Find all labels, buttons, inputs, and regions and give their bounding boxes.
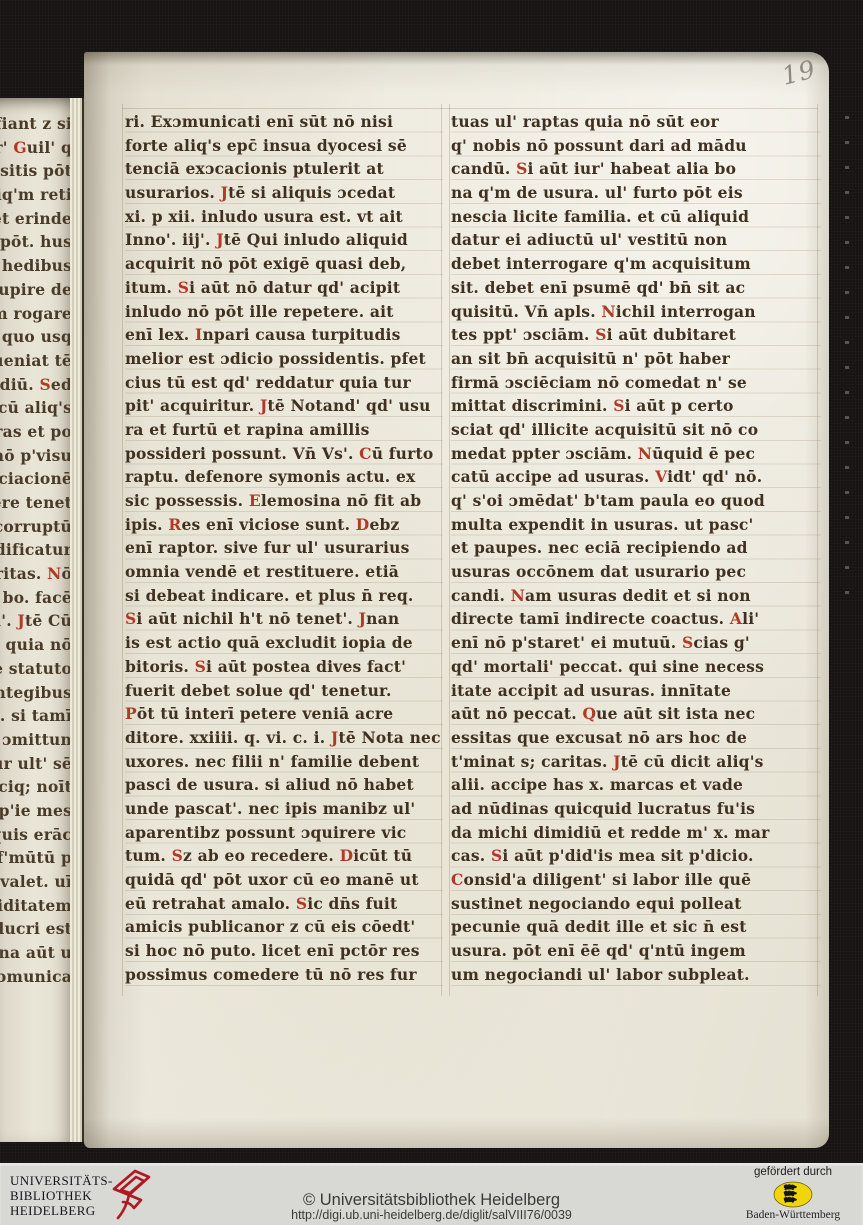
manuscript-line: Si aūt nichil h't nō tenet'. Jnan: [125, 607, 443, 631]
manuscript-line: omnia vendē et restituere. etiā: [125, 560, 443, 584]
manuscript-line: at. et erinde: [0, 207, 72, 231]
manuscript-line: or hedibus.: [0, 254, 72, 278]
manuscript-line: c nō p'visu: [0, 444, 72, 468]
manuscript-line: usuras occōnem dat usurario pec: [451, 560, 821, 584]
manuscript-line: ē aliq'm reti: [0, 183, 72, 207]
manuscript-line: qd' mortali' peccat. qui sine necess: [451, 655, 821, 679]
manuscript-line: ri. Exɔmunicati enī sūt nō nisi: [125, 110, 443, 134]
manuscript-line: uxores. nec filii n' familie debent: [125, 750, 443, 774]
folio-number-pencil: 19: [779, 54, 819, 90]
manuscript-line: quidā qd' pōt uxor cū eo manē ut: [125, 868, 443, 892]
manuscript-line: ū corruptū: [0, 515, 72, 539]
manuscript-line: tum. Sz ab eo recedere. Dicūt tū: [125, 844, 443, 868]
manuscript-line: s fiant z si: [0, 112, 72, 136]
manuscript-line: cas. Si aūt p'did'is mea sit p'dicio.: [451, 844, 821, 868]
manuscript-line: melior est ɔdicio possidentis. pfet: [125, 347, 443, 371]
manuscript-line: bitoris. Si aūt postea dives fact': [125, 655, 443, 679]
manuscript-line: ra et furtū et rapina amillis: [125, 418, 443, 442]
manuscript-line: pecunie quā dedit ille et sic n̄ est: [451, 915, 821, 939]
manuscript-line: quociq; noīt: [0, 775, 72, 799]
manuscript-line: Consid'a diligent' si labor ille quē: [451, 868, 821, 892]
manuscript-line: sidiū. Sed: [0, 373, 72, 397]
manuscript-line: et paupes. nec eciā recipiendo ad: [451, 536, 821, 560]
manuscript-line: Jtē ɔmittun: [0, 728, 72, 752]
manuscript-line: p edificatur: [0, 538, 72, 562]
manuscript-line: usurarios. Jtē si aliquis ɔcedat: [125, 181, 443, 205]
manuscript-line: inludo nō pōt ille repetere. ait: [125, 300, 443, 324]
source-url: http://digi.ub.uni-heidelberg.de/diglit/…: [0, 1209, 863, 1222]
manuscript-line: aparentibz possunt ɔquirere vic: [125, 821, 443, 845]
manuscript-line: tuas ul' raptas quia nō sūt eor: [451, 110, 821, 134]
manuscript-line: sit. debet enī psumē qd' bn̄ sit ac: [451, 276, 821, 300]
manuscript-line: s. quia nō: [0, 633, 72, 657]
manuscript-line: fuerit debet solue qd' tenetur.: [125, 679, 443, 703]
manuscript-line: sustinet negociando equi polleat: [451, 892, 821, 916]
manuscript-line: Jtē tp'ie mes: [0, 799, 72, 823]
manuscript-line: cius tū est qd' reddatur quia tur: [125, 371, 443, 395]
manuscript-line: alii. accipe has x. marcas et vade: [451, 773, 821, 797]
facing-page-text-column: s fiant z siagr' Guil' q'iusitis pōtē al…: [0, 112, 72, 988]
manuscript-line: raptu. defenore symonis actu. ex: [125, 465, 443, 489]
footer-bar: UNIVERSITÄTS- BIBLIOTHEK HEIDELBERG © Un…: [0, 1163, 863, 1225]
manuscript-line: q' s'oi ɔmēdat' b'tam paula eo quod: [451, 489, 821, 513]
manuscript-line: iul'. Jtē Cū: [0, 609, 72, 633]
manuscript-line: pueniat tē: [0, 349, 72, 373]
manuscript-line: debet interrogare q'm acquisitum: [451, 252, 821, 276]
facing-page-edge: s fiant z siagr' Guil' q'iusitis pōtē al…: [0, 98, 84, 1142]
manuscript-line: enī raptor. sive fur ul' usurarius: [125, 536, 443, 560]
manuscript-line: xi. p xii. inludo usura est. vt ait: [125, 205, 443, 229]
manuscript-line: paupire de: [0, 278, 72, 302]
manuscript-line: iuras et po: [0, 420, 72, 444]
manuscript-line: Pena aūt u: [0, 941, 72, 965]
manuscript-line: da michi dimidiū et redde m' x. mar: [451, 821, 821, 845]
manuscript-line: ipis. Res enī viciose sunt. Debz: [125, 513, 443, 537]
manuscript-line: an sit bn̄ acquisitū n' pōt haber: [451, 347, 821, 371]
manuscript-line: t'minat s; caritas. Jtē cū dicit aliq's: [451, 750, 821, 774]
ruling-line-vertical: [122, 104, 123, 996]
manuscript-line: pasci de usura. si aliud nō habet: [125, 773, 443, 797]
manuscript-line: forte aliq's epc̄ insua dyocesi sē: [125, 134, 443, 158]
manuscript-line: as pōt. hus: [0, 230, 72, 254]
manuscript-line: quisitū. Vn̄ apls. Nichil interrogan: [451, 300, 821, 324]
manuscript-line: eū retrahat amalo. Sic dn̄s fuit: [125, 892, 443, 916]
manuscript-line: possideri possunt. Vn̄ Vs'. Cū furto: [125, 442, 443, 466]
manuscript-line: enī nō p'staret' ei mutuū. Scias g': [451, 631, 821, 655]
manuscript-line: pit' acquiritur. Jtē Notand' qd' usu: [125, 394, 443, 418]
funded-by-region: Baden-Württemberg: [735, 1209, 851, 1221]
manuscript-line: si debeat indicare. et plus n̄ req.: [125, 584, 443, 608]
manuscript-line: agr' Guil' q': [0, 136, 72, 160]
manuscript-line: um negociandi ul' labor subpleat.: [451, 963, 821, 987]
manuscript-line: ieritas. Nō: [0, 562, 72, 586]
manuscript-line: datur ei adiuctū ul' vestitū non: [451, 228, 821, 252]
manuscript-line: si hoc nō puto. licet enī pctōr res: [125, 939, 443, 963]
manuscript-line: enī lex. Inpari causa turpitudis: [125, 323, 443, 347]
manuscript-line: unde pascat'. nec ipis manibz ul': [125, 797, 443, 821]
ruling-line-top: [122, 108, 818, 109]
manuscript-line: tenciā exɔcacionis ptulerit at: [125, 157, 443, 181]
manuscript-line: sciat qd' illicite acquisitū sit nō co: [451, 418, 821, 442]
manuscript-line: t quo usq;: [0, 325, 72, 349]
text-column-right: tuas ul' raptas quia nō sūt eorq' nobis …: [451, 110, 821, 986]
manuscript-line: candi. Nam usuras dedit et si non: [451, 584, 821, 608]
manuscript-line: itum. Si aūt nō datur qd' acipit: [125, 276, 443, 300]
manuscript-line: medat ppter ɔsciām. Nūquid ē pec: [451, 442, 821, 466]
manuscript-line: candū. Si aūt iur' habeat alia bo: [451, 157, 821, 181]
manuscript-line: Inno'. iij'. Jtē Qui inludo aliquid: [125, 228, 443, 252]
manuscript-line: re statuto: [0, 657, 72, 681]
manuscript-line: amicis publicanor z cū eis cōedt': [125, 915, 443, 939]
manuscript-line: ditore. xxiiii. q. vi. c. i. Jtē Nota ne…: [125, 726, 443, 750]
baden-wuerttemberg-coat-of-arms-icon: [773, 1181, 813, 1208]
manuscript-line: iusitis pōt: [0, 159, 72, 183]
manuscript-page: 19 ri. Exɔmunicati enī sūt nō nisiforte …: [84, 52, 829, 1148]
manuscript-line: al' f'mūtū p: [0, 846, 72, 870]
manuscript-line: directe tamī indirecte coactus. Ali': [451, 607, 821, 631]
manuscript-line: pe lucri est.: [0, 917, 72, 941]
funded-by-label: gefördert durch: [735, 1165, 851, 1179]
manuscript-line: aliquis erāc: [0, 823, 72, 847]
manuscript-line: bardi. si tamī: [0, 704, 72, 728]
manuscript-line: mittat discrimini. Si aūt p certo: [451, 394, 821, 418]
manuscript-line: tes ppt' ɔsciām. Si aūt dubitaret: [451, 323, 821, 347]
copyright-text: © Universitätsbibliothek Heidelberg: [0, 1191, 863, 1209]
manuscript-line: nescia licite familia. et cū aliquid: [451, 205, 821, 229]
manuscript-line: detur ult' sē: [0, 752, 72, 776]
manuscript-line: cupiditatem: [0, 894, 72, 918]
digitized-manuscript-scan: s fiant z siagr' Guil' q'iusitis pōtē al…: [0, 0, 863, 1225]
manuscript-line: itate accipit ad usuras. innītate: [451, 679, 821, 703]
manuscript-line: catū accipe ad usuras. Vidt' qd' nō.: [451, 465, 821, 489]
manuscript-line: aūt nō peccat. Que aūt sit ista nec: [451, 702, 821, 726]
manuscript-line: is est actio quā excludit iopia de: [125, 631, 443, 655]
library-name-line1: UNIVERSITÄTS-: [10, 1173, 113, 1188]
manuscript-line: essitas que excusat nō ars hoc de: [451, 726, 821, 750]
manuscript-line: uere tenet': [0, 491, 72, 515]
manuscript-line: na q'm de usura. ul' furto pōt eis: [451, 181, 821, 205]
manuscript-line: ut cū aliq's: [0, 396, 72, 420]
manuscript-line: usura. pōt enī ēē qd' q'ntū ingem: [451, 939, 821, 963]
manuscript-line: q' nobis nō possunt dari ad mādu: [451, 134, 821, 158]
credit-block: © Universitätsbibliothek Heidelberg http…: [0, 1191, 863, 1222]
manuscript-line: Pōt tū interī petere veniā acre: [125, 702, 443, 726]
manuscript-line: nt exɔmunica: [0, 965, 72, 989]
manuscript-line: firmā ɔsciēciam nō comedat n' se: [451, 371, 821, 395]
manuscript-line: multa expendit in usuras. ut pasc': [451, 513, 821, 537]
ruling-line-vertical: [449, 104, 450, 996]
manuscript-line: sic possessis. Elemosina nō fit ab: [125, 489, 443, 513]
manuscript-line: integibus: [0, 681, 72, 705]
manuscript-line: ostea valet. uī: [0, 870, 72, 894]
text-column-left: ri. Exɔmunicati enī sūt nō nisiforte ali…: [125, 110, 443, 986]
manuscript-line: possimus comedere tū nō res fur: [125, 963, 443, 987]
funding-block: gefördert durch Baden-Württemberg: [735, 1165, 851, 1221]
manuscript-line: egociacionē: [0, 467, 72, 491]
manuscript-line: us bo. facē: [0, 586, 72, 610]
manuscript-line: acquirit nō pōt exigē quasi deb,: [125, 252, 443, 276]
binding-stitch-marks: [845, 116, 849, 616]
manuscript-line: m rogare: [0, 302, 72, 326]
manuscript-line: ad nūdinas quicquid lucratus fu'is: [451, 797, 821, 821]
